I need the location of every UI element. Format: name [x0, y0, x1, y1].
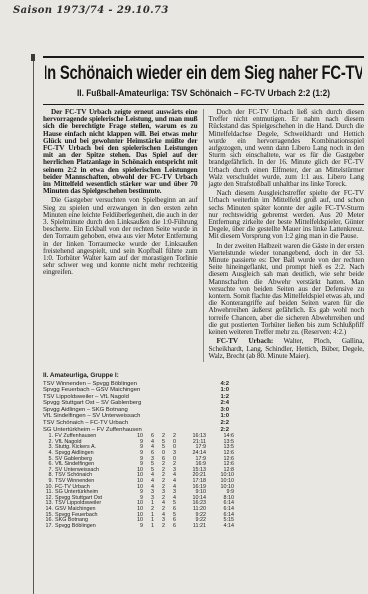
result-row: SG Untertürkheim – FV Zuffenhausen 2:2 — [43, 427, 229, 434]
result-match: Spvgg Stuttgart Ost – SV Gablenberg — [43, 400, 141, 407]
standing-wins: 1 — [143, 524, 154, 530]
league-title: II. Amateurliga, Gruppe I: — [43, 373, 229, 380]
result-match: Spvgg Feuerbach – GSV Maichingen — [43, 387, 140, 394]
newspaper-clipping-page: { "annotation": "Saison 1973/74 - 29.10.… — [0, 0, 368, 594]
league-results: TSV Winnenden – Spvgg Böblingen 4:2 Spvg… — [43, 381, 229, 434]
result-score: 4:2 — [220, 381, 229, 388]
left-column: Der FC-TV Urbach zeigte erneut auswärts … — [43, 109, 203, 362]
standing-games: 9 — [129, 524, 143, 530]
standing-goal-ratio: 11:21 — [176, 524, 206, 530]
result-score: 1:2 — [220, 394, 229, 401]
league-standings: 1. FV Zuffenhausen 10 6 2 2 16:13 14:6 2… — [43, 434, 229, 529]
season-date-annotation: Saison 1973/74 - 29.10.73 — [13, 5, 169, 16]
result-row: TSV Lippoldsweiler – VfL Nagold 1:2 — [43, 394, 229, 401]
paragraph: Nach diesem Ausgleichstreffer spielte de… — [209, 190, 364, 240]
article-clipping: In Schönaich wieder ein dem Sieg naher F… — [33, 56, 366, 594]
result-match: VfL Sindelfingen – SV Unterweissach — [43, 413, 140, 420]
result-score: 2:2 — [220, 420, 229, 427]
article-headline: In Schönaich wieder ein dem Sieg naher F… — [45, 63, 362, 85]
result-match: TSV Winnenden – Spvgg Böblingen — [43, 381, 137, 388]
result-row: TSV Winnenden – Spvgg Böblingen 4:2 — [43, 381, 229, 388]
standing-team: Spvgg Böblingen — [55, 524, 129, 530]
paragraph: In der zweiten Halbzeit waren die Gäste … — [209, 243, 364, 337]
result-row: VfL Sindelfingen – SV Unterweissach 1:0 — [43, 413, 229, 420]
result-score: 2:2 — [220, 427, 229, 434]
result-match: SG Untertürkheim – FV Zuffenhausen — [43, 427, 142, 434]
standing-position: 17. — [43, 524, 55, 530]
paragraph-lead: Der FC-TV Urbach zeigte erneut auswärts … — [43, 109, 198, 195]
result-score: 3:0 — [220, 407, 229, 414]
result-match: Spvgg Aidlingen – SKG Botnang — [43, 407, 128, 414]
standing-points: 4:14 — [206, 524, 234, 530]
standing-row: 17. Spvgg Böblingen 9 1 2 6 11:21 4:14 — [43, 524, 229, 530]
standing-draws: 2 — [154, 524, 165, 530]
team-lineup: FC-TV Urbach: Walter, Ploch, Gallina, Sc… — [209, 338, 364, 360]
result-score: 1:0 — [220, 413, 229, 420]
result-score: 1:0 — [220, 387, 229, 394]
scan-artifact — [31, 54, 35, 61]
result-match: TSV Lippoldsweiler – VfL Nagold — [43, 394, 129, 401]
result-row: TSV Schönaich – FC-TV Urbach 2:2 — [43, 420, 229, 427]
result-row: Spvgg Feuerbach – GSV Maichingen 1:0 — [43, 387, 229, 394]
league-section: II. Amateurliga, Gruppe I: TSV Winnenden… — [43, 373, 229, 529]
right-column: Doch der FC-TV Urbach ließ sich durch di… — [203, 109, 364, 362]
result-score: 2:4 — [220, 400, 229, 407]
result-row: Spvgg Stuttgart Ost – SV Gablenberg 2:4 — [43, 400, 229, 407]
article-header: In Schönaich wieder ein dem Sieg naher F… — [43, 56, 364, 105]
article-subheadline: II. Fußball-Amateurliga: TSV Schönaich –… — [77, 88, 330, 98]
paragraph: Doch der FC-TV Urbach ließ sich durch di… — [209, 109, 364, 188]
result-match: TSV Schönaich – FC-TV Urbach — [43, 420, 128, 427]
standing-losses: 6 — [165, 524, 176, 530]
article-body: Der FC-TV Urbach zeigte erneut auswärts … — [43, 109, 364, 362]
paragraph: Die Gastgeber versuchten von Spielbeginn… — [43, 197, 198, 276]
result-row: Spvgg Aidlingen – SKG Botnang 3:0 — [43, 407, 229, 414]
